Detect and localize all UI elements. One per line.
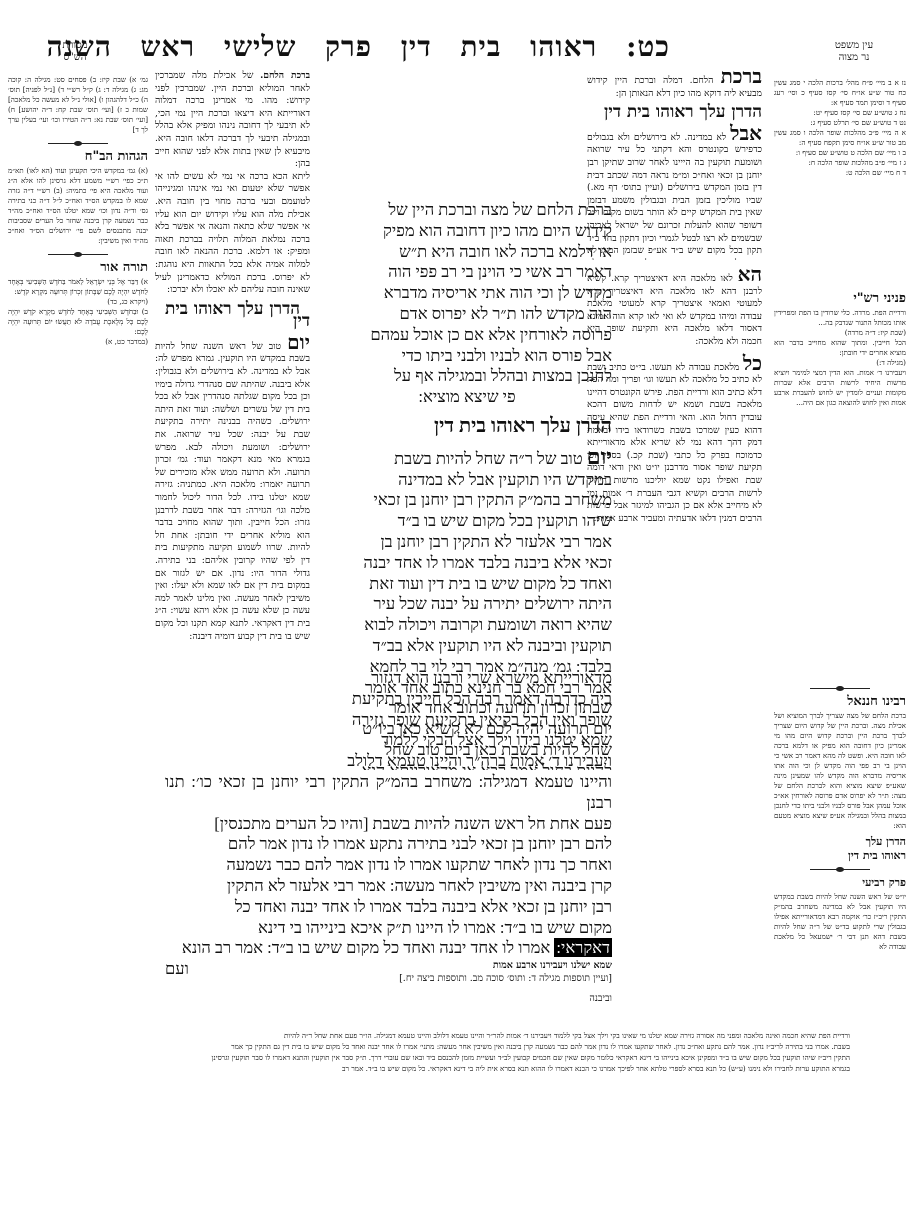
chapter-name: ראוהו בית דין	[401, 30, 598, 63]
masoret-hashas-text: גמ׳ א) שבת קיז: ב) פסחים סט: מגילה ה: קו…	[8, 75, 148, 135]
rabbeinu-chananel-title: רבינו חננאל	[774, 697, 906, 707]
hadran-chapter-label: ראוהו בית דין	[774, 851, 906, 861]
tosafot-column: הא לאו מלאכה היא דאיצטריך קרא. קשיא לרבנ…	[587, 260, 762, 950]
torah-or-verse: ב) וּבַחֹדֶשׁ הַשְּׁבִיעִי בְּאֶחָד לַחֹ…	[8, 307, 148, 337]
tosafot-dibur-hamatchil: ברכת	[721, 70, 762, 88]
haghot-habach-title: הגהות הב"ח	[8, 152, 148, 162]
rabbeinu-chananel-text: ברכת הלחם של מצה שצריך לברך המוציא ושל א…	[774, 711, 906, 831]
bottom-line: ורדיית הפת שהיא חכמה ואינה מלאכה ומפני מ…	[95, 1030, 850, 1041]
tosafot-hadran: הדרן עלך ראוהו בית דין	[587, 106, 762, 119]
masoret-label: מסורת	[45, 40, 105, 52]
folio-number: כט:	[626, 30, 670, 63]
ein-mishpat-entry: ב ו מיי׳ שם הלכה ט טוש״ע שם סעיף ו:	[774, 148, 906, 158]
hadran-label: הדרן עלך	[774, 837, 906, 847]
torah-or-title: תורה אור	[8, 263, 148, 273]
gemara-line: להם רבן יוחנן בן זכאי לבני בתירה נתקע אמ…	[165, 834, 612, 855]
gemara-line: ברכת הלחם של מצה וברכת היין של	[322, 200, 612, 221]
gemara-line: פרוסה לאורחין אלא אם כן אוכל עמהם	[322, 325, 612, 346]
haghot-habach-text: (א) גמ׳ במקדש היכי תקעינן ועוד (הא לאו) …	[8, 166, 148, 246]
ner-mitzvah-label: נר מצוה	[814, 52, 894, 64]
ein-mishpat-label: עין משפט	[814, 40, 894, 52]
tosafot-column-top: ברכת הלחם. דמלה וברכת היין קידוש מבעיא ל…	[587, 70, 762, 260]
rabbeinu-chananel-column: רבינו חננאל ברכת הלחם של מצה שצריך לברך …	[774, 680, 906, 1025]
gemara-line: אמר רבי אלעזר לא התקין רבן יוחנן בן	[322, 532, 612, 553]
masoret-hashas-header: מסורת הש"ס	[45, 40, 105, 64]
torah-or-ref: (במדבר כט, א)	[8, 337, 148, 347]
ornament-divider	[48, 143, 108, 144]
gemara-line: מקום שיש בו ב״ד: אמרו לו היינו ת״ק איכא …	[165, 918, 612, 939]
gemara-line: טוב של ר״ה שחל להיות בשבת	[394, 449, 583, 468]
ornament-divider	[810, 869, 870, 870]
penei-rashi-entry: ויעבירנו ד׳ אמות. הוא הדין דמצי למימר וי…	[774, 368, 906, 408]
rashi-text: ליתא הכא ברכה אי נמי לא עשים להו אי אפשר…	[155, 171, 310, 297]
gemara-line: זכאי אלא ביבנה בלבד אמרו לו אחד יבנה	[322, 553, 612, 574]
ein-mishpat-column: נז א ב מיי׳ פ״ח מהל׳ ברכות הלכה י סמג עש…	[774, 78, 906, 278]
torah-or-ref: (ויקרא כג, כד)	[8, 297, 148, 307]
bottom-line: התקין ריב״ז שיהו תוקעין בכל מקום שיש בו …	[95, 1052, 850, 1063]
tosafot-text: לאו מלאכה היא דאיצטריך קרא. קשיא לרבנן ד…	[587, 273, 762, 347]
tosafot-lower: שמא ישלנו ויעבירנו ארבע אמות [ועיין תוספ…	[165, 960, 612, 1030]
gemara-line: היתה ירושלים יתירה על יבנה שכל עיר	[322, 594, 612, 615]
gemara-line: או דלמא ברכה לאו חובה היא ת״ש	[322, 242, 612, 263]
gemara-line: פי שיצא מוציא:	[322, 387, 612, 408]
gemara-line: אמרו לו אחד יבנה ואחד כל מקום שיש בו ב״ד…	[182, 938, 550, 957]
penei-rashi-title: פניני רש"י	[774, 294, 906, 304]
tosafot-dibur-hamatchil: אבל	[730, 121, 762, 145]
gemara-line: במקדש היו תוקעין אבל לא במדינה	[322, 470, 612, 491]
gemara-line: דאמר רב אשי כי הוינן בי רב פפי הוה	[322, 262, 612, 283]
ein-mishpat-entry: ג ז מיי׳ פ״ב מהלכות שופר הלכה ח:	[774, 158, 906, 168]
gemara-line: פעם אחת חל ראש השנה להיות בשבת [והיו כל …	[165, 814, 612, 835]
penei-rashi-ref: (שבת קיז: ד״ה מרדה)	[774, 328, 906, 338]
rashi-hadran: הדרן עלך ראוהו בית דין	[155, 303, 310, 328]
gemara-line: שמא יטלנו בידו וילך אצל הבקי ללמוד	[322, 730, 612, 751]
page-header: כט: ראוהו בית דין פרק שלישי ראש השנה	[250, 30, 670, 64]
ein-mishpat-entry: נט ד טוש״ע שם סי׳ תרלט סעיף ג:	[774, 118, 906, 128]
ein-mishpat-header: עין משפט נר מצוה	[814, 40, 894, 64]
gemara-line: משחרב בהמ״ק התקין רבן יוחנן בן זכאי	[322, 490, 612, 511]
gemara-line: ואחר כך נדון לאחר שתקעו אמרו לו נדון אמר…	[165, 855, 612, 876]
highlighted-word: דאקראי:	[554, 938, 612, 957]
gemara-line: ואחד כל מקום שיש בו בית דין ועוד זאת	[322, 574, 612, 595]
tosafot-catchword: וביבנה	[165, 993, 612, 1006]
torah-or-verse: א) דַּבֵּר אֶל בְּנֵי יִשְׂרָאֵל לֵאמֹר …	[8, 277, 148, 297]
mishna-opening-word: יום	[587, 444, 612, 469]
penei-rashi-entry: הכל חייבין. ומתוך שהוא מחוייב בדבר הוא מ…	[774, 338, 906, 358]
gemara-line: רבן יוחנן בן זכאי אלא ביבנה בלבד אמרו לו…	[165, 897, 612, 918]
gemara-line: והיינו טעמא דמגילה: משחרב בהמ״ק התקין רב…	[165, 772, 612, 814]
gemara-line: לחנכן במצות ובהלל ובמגילה אף על	[322, 366, 612, 387]
ein-mishpat-entry: ד ח מיי׳ שם הלכה ט:	[774, 168, 906, 178]
gemara-line: קידוש היום מהו כיון דחובה הוא מפיק	[322, 221, 612, 242]
hashas-label: הש"ס	[45, 52, 105, 64]
rashi-opening-word: יום	[287, 330, 310, 354]
ein-mishpat-entry: נז א ב מיי׳ פ״ח מהל׳ ברכות הלכה י סמג עש…	[774, 78, 906, 108]
gemara-line: שופר ואין הכל בקיאין בתקיעת שופר גזירה	[322, 710, 612, 731]
ein-mishpat-entry: נח ג טוש״ע שם סי׳ קסז סעיף יט:	[774, 108, 906, 118]
penei-rashi-ref: (מגילה ד:)	[774, 358, 906, 368]
perek-title: פרק רביעי	[774, 878, 906, 888]
ornament-divider	[48, 254, 108, 255]
rashi-dibur-hamatchil: ברכת הלחם.	[260, 70, 310, 81]
gemara-wide-section: והיינו טעמא דמגילה: משחרב בהמ״ק התקין רב…	[165, 772, 612, 980]
rashi-text: טוב של ראש השנה שחל להיות בשבת במקדש היו…	[155, 341, 310, 642]
tosafot-dibur-hamatchil: הא	[738, 262, 762, 286]
penei-rashi-entry: ורדיית הפת. מרדה. כלי שרודין בו הפת ומפר…	[774, 308, 906, 328]
tosafot-text: מלאכת עבודה לא תעשו. בי״ט כתיב ושבת לא כ…	[587, 362, 762, 524]
perek-text: יו״ט של ראש השנה שחל להיות בשבת במקדש הי…	[774, 892, 906, 952]
tosafot-dibur-hamatchil: כל	[743, 351, 762, 375]
ornament-divider	[810, 688, 870, 689]
gemara-line: שיהו תוקעין בכל מקום שיש בו ב״ד	[322, 511, 612, 532]
gemara-line: קרן ביבנה ואין משיבין לאחר מעשה: אמר רבי…	[165, 876, 612, 897]
gemara-line: הוה מקדש להו ת״ר לא יפרוס אדם	[322, 304, 612, 325]
gemara-line: מדאורייתא מישרא שרי ורבנן הוא דגזור	[322, 668, 612, 689]
tosafot-refs: [ועיין תוספות מגילה ד: ותוס׳ סוכה מב. ות…	[165, 973, 612, 986]
bottom-line: בשבת. אמרו בני בתירה לריב״ז נדון. אמר לה…	[95, 1041, 850, 1052]
tosafot-text: לא במדינה. לא בירושלים ולא בגבולים כדפיר…	[587, 132, 762, 260]
tosafot-bold-phrase: שמא ישלנו ויעבירנו ארבע אמות	[165, 960, 612, 973]
chapter-number: פרק שלישי	[224, 30, 372, 63]
ein-mishpat-entry: א ה מיי׳ פ״ב מהלכות שופר הלכה ו סמג עשין…	[774, 128, 906, 148]
gemara-line: ויעבירנו ד׳ אמות ברה״ר והיינו טעמא דלולב	[322, 751, 612, 772]
rashi-text: של אכילת מלה שמברכין לאחר המוליא וברכת ה…	[155, 70, 310, 169]
bottom-commentary: ורדיית הפת שהיא חכמה ואינה מלאכה ומפני מ…	[95, 1030, 850, 1074]
bottom-line: בגמרא התוקע ערות לחבירו ולא נימנו (ע״ש) …	[95, 1063, 850, 1074]
penei-rashi-column: פניני רש"י ורדיית הפת. מרדה. כלי שרודין …	[774, 290, 906, 660]
rashi-column: ברכת הלחם. של אכילת מלה שמברכין לאחר המו…	[155, 70, 310, 770]
gemara-column-lower: מדאורייתא מישרא שרי ורבנן הוא דגזור ביה …	[322, 668, 612, 780]
gemara-line: ביה כדרבה דאמר רבה הכל חייבין בתקיעת	[322, 689, 612, 710]
gemara-hadran-title: הדרן עלך ראוהו בית דין	[322, 416, 612, 437]
gemara-line: אבל פורס הוא לבניו ולבני ביתו כדי	[322, 346, 612, 367]
gemara-line: מקדש לן וכי הוה אתי אריסיה מדברא	[322, 283, 612, 304]
gemara-line: שהיא רואה ושומעת וקרובה ויכולה לבוא	[322, 615, 612, 636]
masoret-hashas-column: גמ׳ א) שבת קיז: ב) פסחים סט: מגילה ה: קו…	[8, 75, 148, 685]
gemara-line: תוקעין וביבנה לא היו תוקעין אלא בב״ד	[322, 636, 612, 657]
